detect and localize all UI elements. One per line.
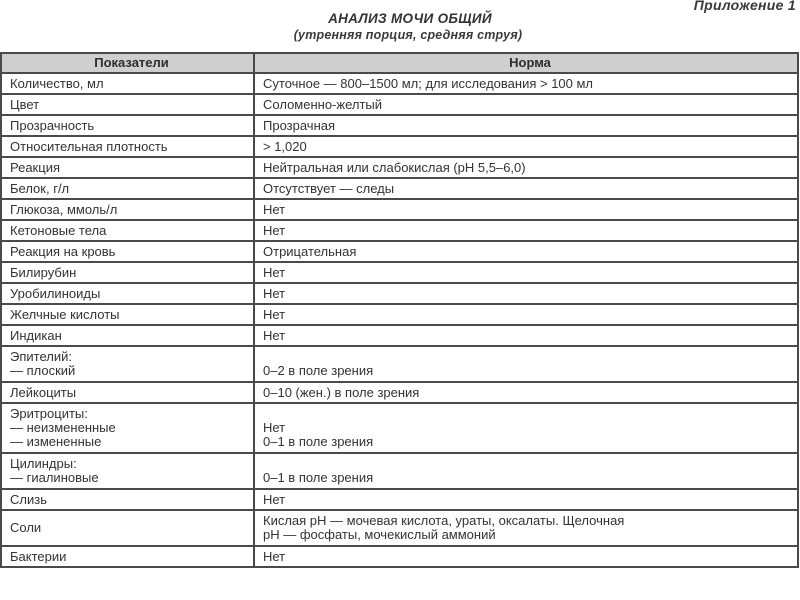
norm-text: Нет: [263, 421, 797, 435]
indicator-cell: Соли: [1, 510, 254, 546]
norm-cell: Нет: [254, 262, 798, 283]
norm-cell: Нет: [254, 199, 798, 220]
indicator-text: Уробилиноиды: [10, 287, 253, 301]
norm-text: 0–10 (жен.) в поле зрения: [263, 386, 797, 400]
table-row: СлизьНет: [1, 489, 798, 510]
indicator-text: Количество, мл: [10, 77, 253, 91]
norm-text: Нет: [263, 308, 797, 322]
table-row: БактерииНет: [1, 546, 798, 567]
norm-cell: 0–1 в поле зрения: [254, 453, 798, 489]
indicator-text: Кетоновые тела: [10, 224, 253, 238]
indicator-text: Эпителий:: [10, 350, 253, 364]
indicator-cell: Относительная плотность: [1, 136, 254, 157]
indicator-text: Цвет: [10, 98, 253, 112]
norm-text: Нет: [263, 224, 797, 238]
indicator-cell: Глюкоза, ммоль/л: [1, 199, 254, 220]
indicator-text: Лейкоциты: [10, 386, 253, 400]
indicator-text: Глюкоза, ммоль/л: [10, 203, 253, 217]
norm-cell: Прозрачная: [254, 115, 798, 136]
table-row: Лейкоциты0–10 (жен.) в поле зрения: [1, 382, 798, 403]
norm-text: Нет: [263, 287, 797, 301]
norm-text: 0–1 в поле зрения: [263, 435, 797, 449]
norm-text: Соломенно-желтый: [263, 98, 797, 112]
table-row: БилирубинНет: [1, 262, 798, 283]
document-title: АНАЛИЗ МОЧИ ОБЩИЙ: [0, 11, 800, 26]
indicator-cell: Лейкоциты: [1, 382, 254, 403]
indicator-cell: Цилиндры:— гиалиновые: [1, 453, 254, 489]
table-row: Глюкоза, ммоль/лНет: [1, 199, 798, 220]
column-header-indicators: Показатели: [1, 53, 254, 73]
norm-text: pH — фосфаты, мочекислый аммоний: [263, 528, 797, 542]
norm-text: > 1,020: [263, 140, 797, 154]
table-row: СолиКислая pH — мочевая кислота, ураты, …: [1, 510, 798, 546]
table-row: УробилиноидыНет: [1, 283, 798, 304]
indicator-text: Билирубин: [10, 266, 253, 280]
norm-cell: Нет: [254, 220, 798, 241]
indicator-cell: Слизь: [1, 489, 254, 510]
norm-text: Суточное — 800–1500 мл; для исследования…: [263, 77, 797, 91]
indicator-cell: Индикан: [1, 325, 254, 346]
table-row: Цилиндры:— гиалиновые0–1 в поле зрения: [1, 453, 798, 489]
indicator-cell: Белок, г/л: [1, 178, 254, 199]
table-row: РеакцияНейтральная или слабокислая (pH 5…: [1, 157, 798, 178]
indicator-text: Бактерии: [10, 550, 253, 564]
table-row: Желчные кислотыНет: [1, 304, 798, 325]
norm-text: Нет: [263, 266, 797, 280]
norm-text: Нет: [263, 203, 797, 217]
table-header-row: Показатели Норма: [1, 53, 798, 73]
indicator-text: — измененные: [10, 435, 253, 449]
table-row: Кетоновые телаНет: [1, 220, 798, 241]
norm-cell: Отсутствует — следы: [254, 178, 798, 199]
norm-cell: Соломенно-желтый: [254, 94, 798, 115]
indicator-text: Реакция на кровь: [10, 245, 253, 259]
indicator-text: Слизь: [10, 493, 253, 507]
indicator-text: Реакция: [10, 161, 253, 175]
norm-cell: Нет: [254, 325, 798, 346]
column-header-norm: Норма: [254, 53, 798, 73]
indicator-cell: Кетоновые тела: [1, 220, 254, 241]
indicator-cell: Билирубин: [1, 262, 254, 283]
norm-cell: Нейтральная или слабокислая (pH 5,5–6,0): [254, 157, 798, 178]
indicator-cell: Уробилиноиды: [1, 283, 254, 304]
indicator-text: Индикан: [10, 329, 253, 343]
table-row: Реакция на кровьОтрицательная: [1, 241, 798, 262]
indicator-cell: Реакция на кровь: [1, 241, 254, 262]
table-body: Количество, млСуточное — 800–1500 мл; дл…: [1, 73, 798, 567]
indicator-cell: Желчные кислоты: [1, 304, 254, 325]
indicator-text: — неизмененные: [10, 421, 253, 435]
indicator-text: — гиалиновые: [10, 471, 253, 485]
table-row: ИндиканНет: [1, 325, 798, 346]
norm-text: Кислая pH — мочевая кислота, ураты, окса…: [263, 514, 797, 528]
table-row: Количество, млСуточное — 800–1500 мл; дл…: [1, 73, 798, 94]
table-row: Относительная плотность> 1,020: [1, 136, 798, 157]
norm-text: Нейтральная или слабокислая (pH 5,5–6,0): [263, 161, 797, 175]
indicator-cell: Цвет: [1, 94, 254, 115]
norm-cell: Нет: [254, 283, 798, 304]
indicator-text: Белок, г/л: [10, 182, 253, 196]
indicator-text: Относительная плотность: [10, 140, 253, 154]
norm-cell: Нет: [254, 546, 798, 567]
norm-cell: > 1,020: [254, 136, 798, 157]
indicator-text: Желчные кислоты: [10, 308, 253, 322]
norm-text: Нет: [263, 329, 797, 343]
indicator-cell: Эпителий:— плоский: [1, 346, 254, 382]
norm-text: Нет: [263, 493, 797, 507]
table-row: Эпителий:— плоский0–2 в поле зрения: [1, 346, 798, 382]
norm-cell: Кислая pH — мочевая кислота, ураты, окса…: [254, 510, 798, 546]
document-subtitle: (утренняя порция, средняя струя): [0, 28, 800, 42]
norm-cell: Нет: [254, 489, 798, 510]
indicator-text: — плоский: [10, 364, 253, 378]
norm-text: 0–2 в поле зрения: [263, 364, 797, 378]
indicator-cell: Количество, мл: [1, 73, 254, 94]
norm-cell: Нет0–1 в поле зрения: [254, 403, 798, 453]
table-row: Белок, г/лОтсутствует — следы: [1, 178, 798, 199]
norm-cell: Суточное — 800–1500 мл; для исследования…: [254, 73, 798, 94]
indicator-text: Цилиндры:: [10, 457, 253, 471]
table-row: ЦветСоломенно-желтый: [1, 94, 798, 115]
norm-cell: 0–10 (жен.) в поле зрения: [254, 382, 798, 403]
table-row: Эритроциты:— неизмененные— измененныеНет…: [1, 403, 798, 453]
norm-text: 0–1 в поле зрения: [263, 471, 797, 485]
urinalysis-norms-table: Показатели Норма Количество, млСуточное …: [0, 52, 799, 568]
indicator-text: Эритроциты:: [10, 407, 253, 421]
norm-text: Нет: [263, 550, 797, 564]
norm-text: Отсутствует — следы: [263, 182, 797, 196]
norm-cell: 0–2 в поле зрения: [254, 346, 798, 382]
indicator-text: Прозрачность: [10, 119, 253, 133]
indicator-cell: Реакция: [1, 157, 254, 178]
norm-cell: Нет: [254, 304, 798, 325]
norm-text: Прозрачная: [263, 119, 797, 133]
indicator-cell: Эритроциты:— неизмененные— измененные: [1, 403, 254, 453]
norm-text: Отрицательная: [263, 245, 797, 259]
table-row: ПрозрачностьПрозрачная: [1, 115, 798, 136]
indicator-cell: Прозрачность: [1, 115, 254, 136]
indicator-text: Соли: [10, 521, 253, 535]
indicator-cell: Бактерии: [1, 546, 254, 567]
norm-cell: Отрицательная: [254, 241, 798, 262]
